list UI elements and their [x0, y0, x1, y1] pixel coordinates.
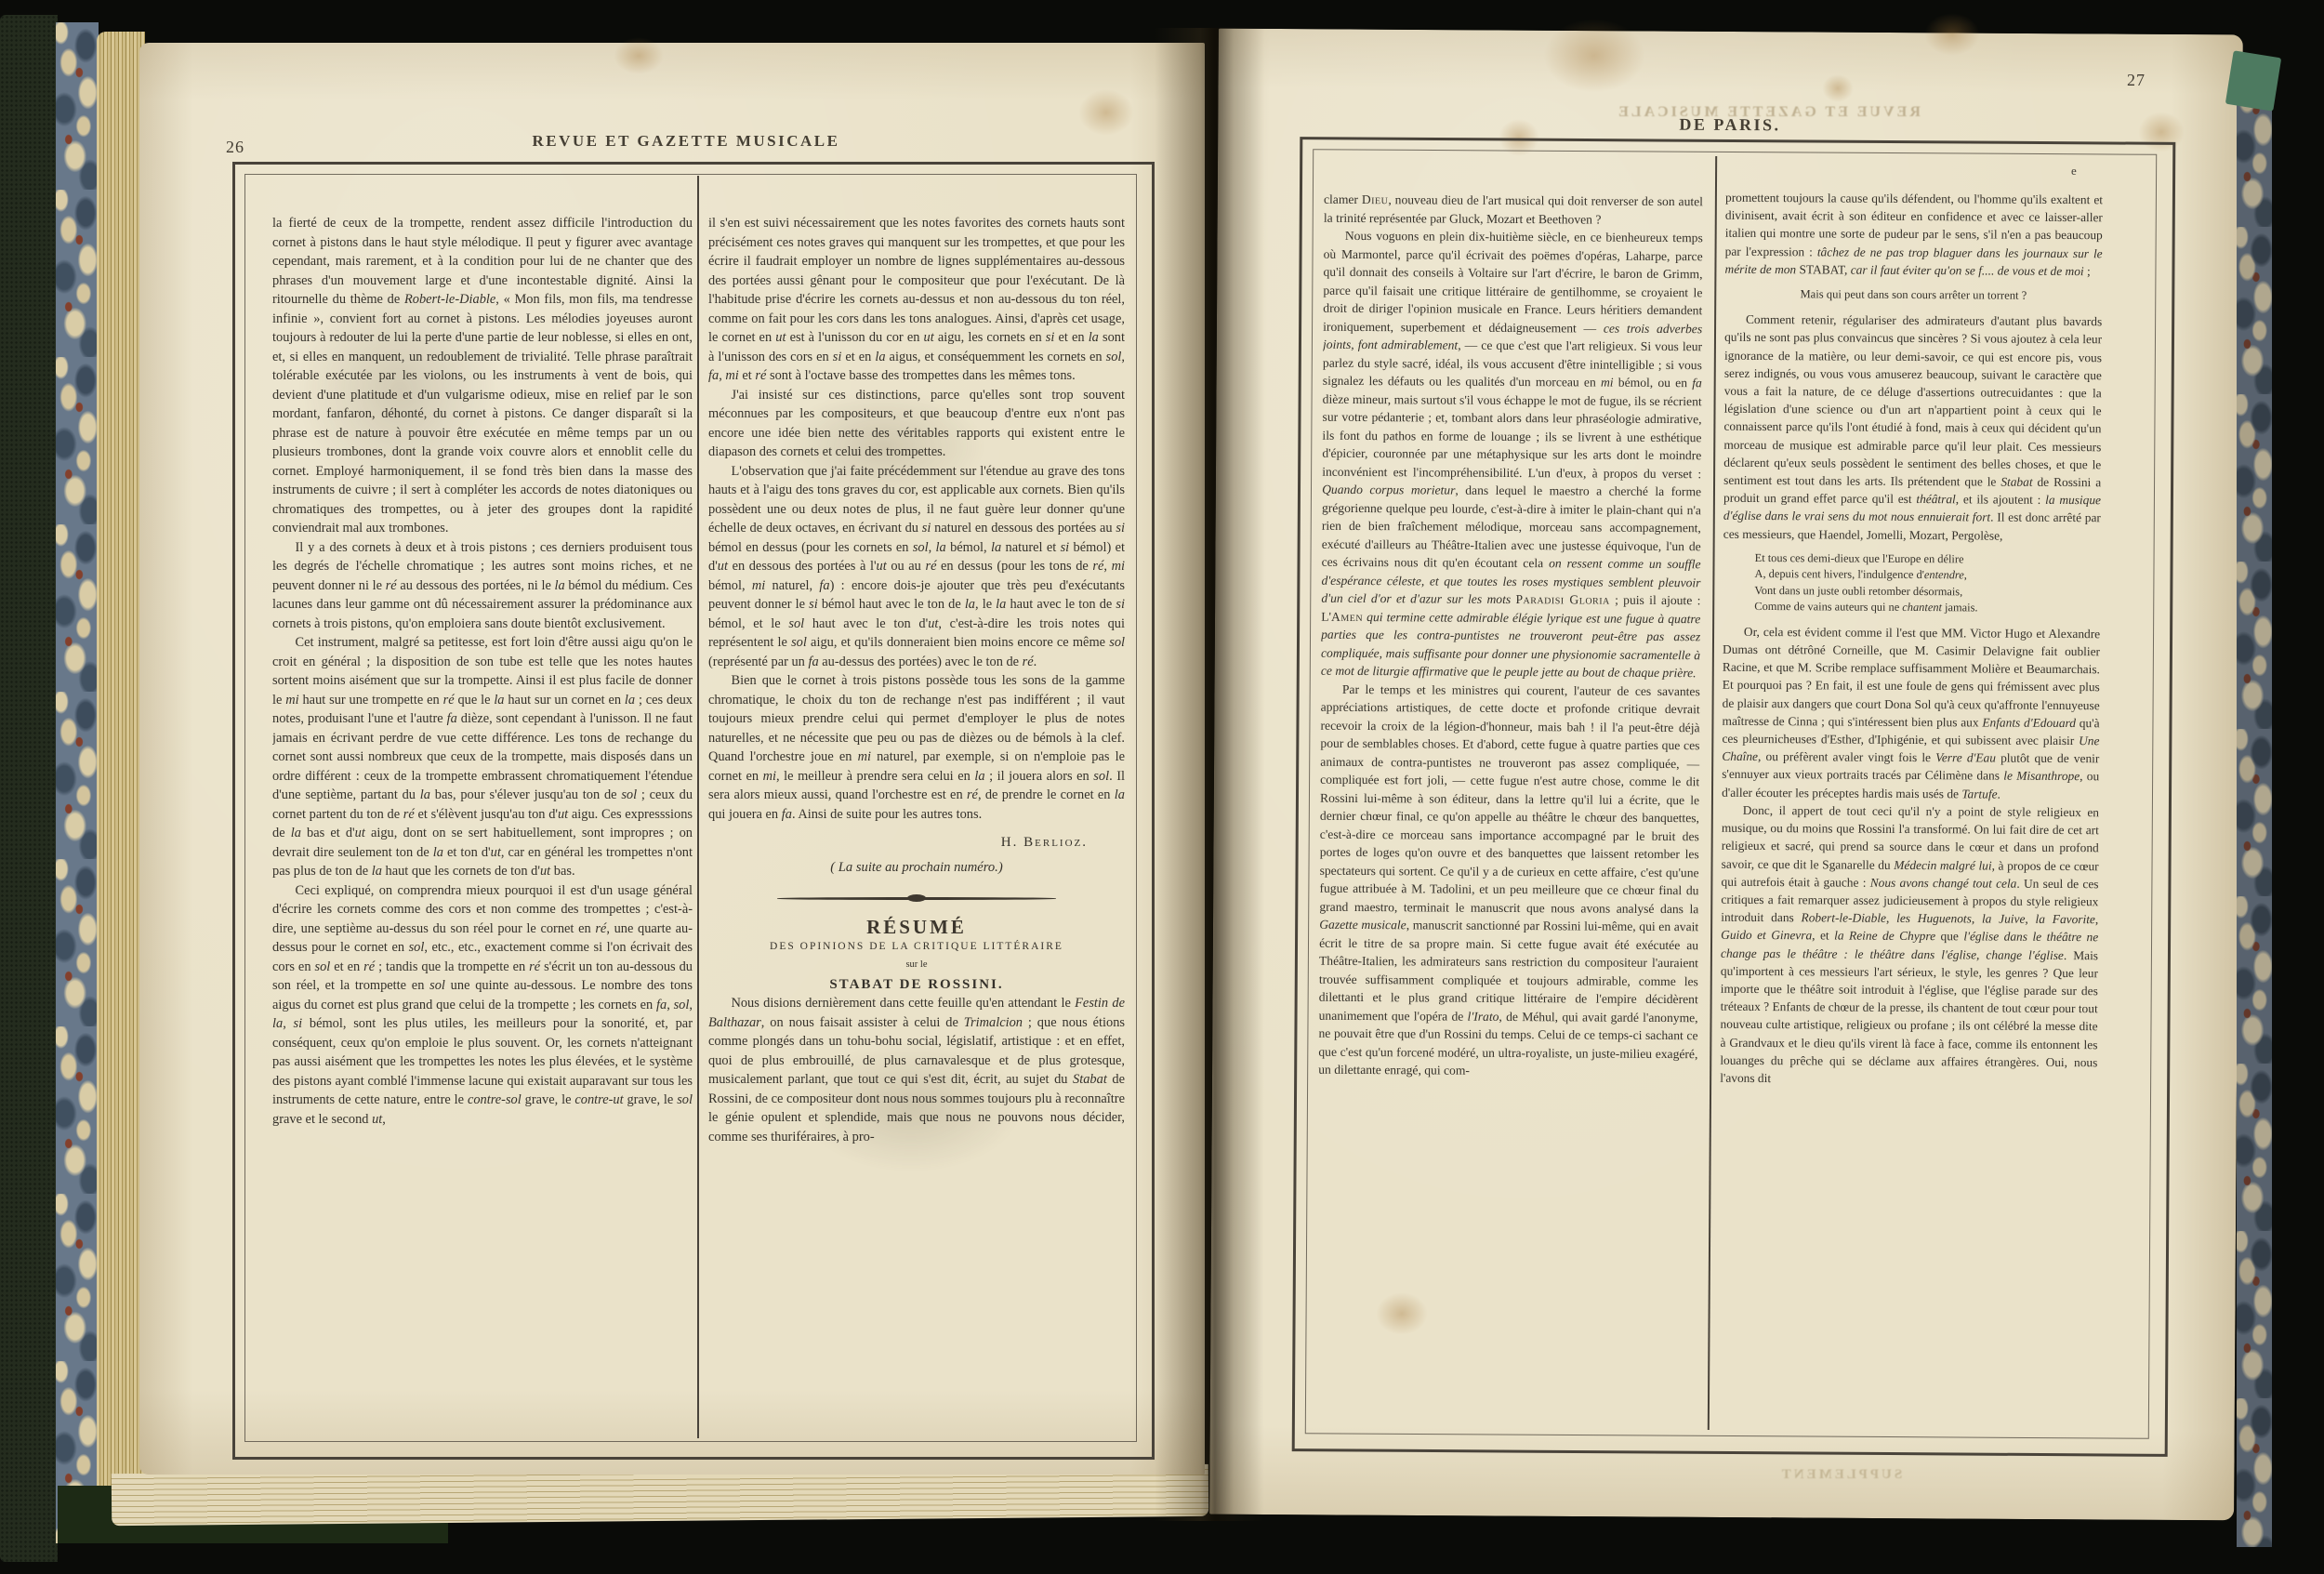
- page-number-right: 27: [2127, 71, 2146, 90]
- book-cover-edge: [0, 15, 58, 1562]
- author-signature: H. Berlioz.: [708, 833, 1125, 853]
- divider-ornament: [777, 893, 1056, 903]
- paragraph: Nous voguons en plein dix-huitième siècl…: [1321, 227, 1703, 682]
- paragraph: promettent toujours la cause qu'ils défe…: [1724, 189, 2103, 280]
- paragraph: Il y a des cornets à deux et à trois pis…: [272, 538, 693, 634]
- book-scan: REVUE ET GAZETTE MUSICALE SUPPLEMENT 26 …: [0, 0, 2324, 1574]
- ghost-show-through-supplement: SUPPLEMENT: [1701, 1467, 1980, 1483]
- right-column-1: clamer Dieu, nouveau dieu de l'art music…: [1316, 191, 1703, 1429]
- running-title-left: REVUE ET GAZETTE MUSICALE: [398, 132, 974, 151]
- worn-corner: [2225, 50, 2281, 111]
- foxing-spot: [1078, 89, 1134, 136]
- paragraph: Nous disions dernièrement dans cette feu…: [708, 994, 1125, 1146]
- section-subtitle-2: sur le: [708, 956, 1125, 975]
- paragraph: Comment retenir, régulariser des admirat…: [1723, 311, 2103, 545]
- marbled-board-edge-right: [2237, 60, 2272, 1547]
- section-title: RÉSUMÉ: [708, 918, 1125, 937]
- paragraph: Cet instrument, malgré sa petitesse, est…: [272, 633, 693, 881]
- paragraph: Bien que le cornet à trois pistons possè…: [708, 671, 1125, 824]
- paragraph: L'observation que j'ai faite précédemmen…: [708, 462, 1125, 672]
- foxing-spot: [614, 37, 664, 74]
- foxing-spot: [1822, 74, 1854, 102]
- paragraph: Par le temps et les ministres qui couren…: [1318, 680, 1700, 1080]
- foxing-spot: [1924, 13, 1980, 56]
- section-work-title: STABAT DE ROSSINI.: [708, 975, 1125, 995]
- ornament-diamond: [907, 894, 926, 902]
- paragraph: il s'en est suivi nécessairement que les…: [708, 214, 1125, 386]
- paragraph: J'ai insisté sur ces distinctions, parce…: [708, 386, 1125, 462]
- continuation-note: ( La suite au prochain numéro.): [708, 858, 1125, 878]
- quoted-verse-line: Mais qui peut dans son cours arrêter un …: [1724, 285, 2102, 306]
- marbled-paper-left: [56, 22, 99, 1543]
- running-title-right: DE PARIS.: [1488, 113, 1972, 136]
- page-fore-edge-stack: [97, 32, 145, 1532]
- column-rule-left-page: [697, 176, 699, 1438]
- left-column-1: la fierté de ceux de la trompette, rende…: [272, 214, 693, 1437]
- paragraph: clamer Dieu, nouveau dieu de l'art music…: [1324, 191, 1703, 229]
- verse-quatrain: Et tous ces demi-dieux que l'Europe en d…: [1754, 550, 2100, 617]
- section-subtitle: DES OPINIONS DE LA CRITIQUE LITTÉRAIRE: [708, 937, 1125, 957]
- paragraph: Donc, il appert de tout ceci qu'il n'y a…: [1720, 801, 2099, 1090]
- left-column-2: il s'en est suivi nécessairement que les…: [708, 214, 1125, 1437]
- paragraph: la fierté de ceux de la trompette, rende…: [272, 214, 693, 538]
- gutter-shadow: [1155, 28, 1264, 1521]
- right-column-2: promettent toujours la cause qu'ils défe…: [1718, 189, 2103, 1431]
- page-number-left: 26: [226, 138, 244, 157]
- paragraph: Or, cela est évident comme il l'est que …: [1722, 623, 2100, 804]
- foxing-spot: [1543, 19, 1645, 93]
- paragraph: Ceci expliqué, on comprendra mieux pourq…: [272, 881, 693, 1130]
